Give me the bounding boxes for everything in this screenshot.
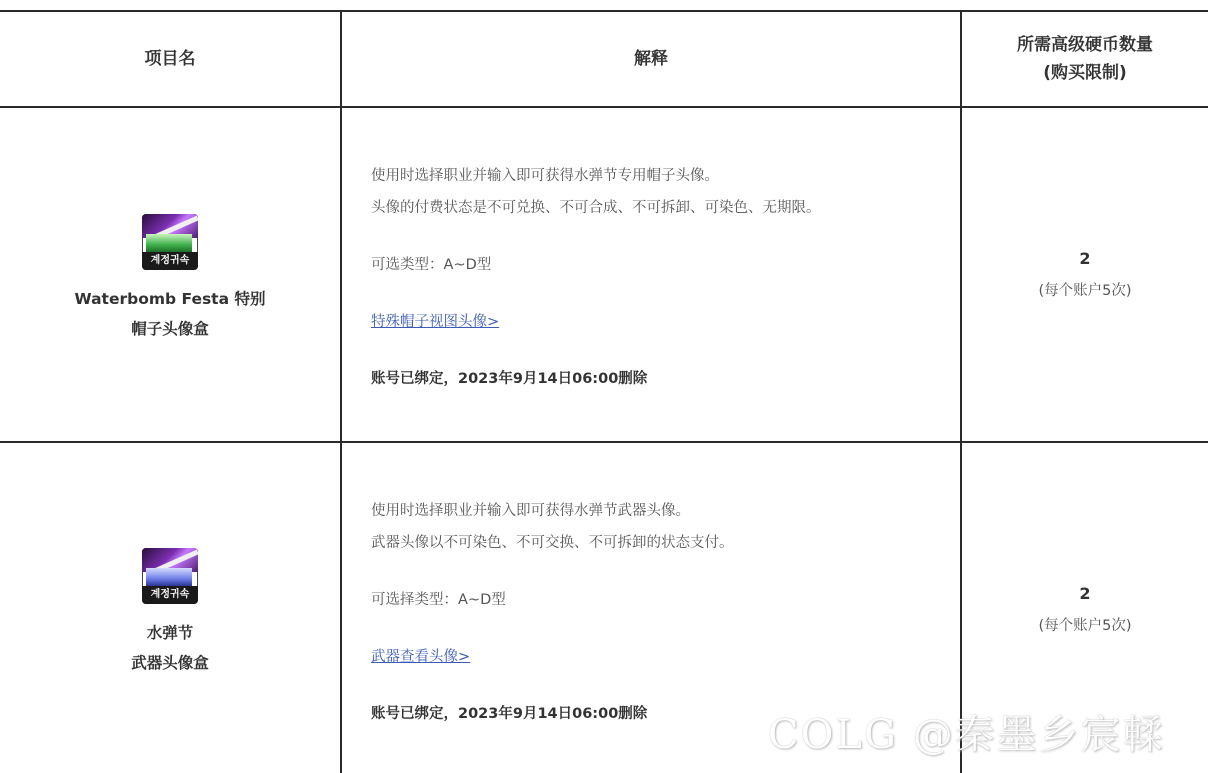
table-row-2-name-cell: 계정귀속 水弹节 武器头像盒 — [0, 443, 340, 773]
expiry-notice: 账号已绑定，2023年9月14日06:00删除 — [371, 363, 647, 395]
header-cost: 所需高级硬币数量 (购买限制) — [962, 12, 1208, 106]
header-item-name: 项目名 — [0, 12, 340, 106]
selectable-types: 可选择类型：A~D型 — [371, 584, 506, 616]
column-divider-2 — [960, 10, 962, 773]
purchase-limit: (每个账户5次) — [1038, 610, 1131, 642]
weapon-avatar-box-icon: 계정귀속 — [142, 548, 198, 604]
header-description-label: 解释 — [634, 45, 668, 73]
table-row-1-cost-cell: 2 (每个账户5次) — [962, 243, 1208, 307]
header-description: 解释 — [342, 12, 960, 106]
table-row-1-name-cell: 계정귀속 Waterbomb Festa 特别 帽子头像盒 — [0, 108, 340, 441]
header-item-name-label: 项目名 — [145, 45, 196, 73]
weapon-preview-link[interactable]: 武器查看头像> — [371, 641, 470, 673]
item-name-line2: 帽子头像盒 — [131, 314, 209, 344]
description-line2: 头像的付费状态是不可兑换、不可合成、不可拆卸、可染色、无期限。 — [371, 192, 821, 224]
description-line2: 武器头像以不可染色、不可交换、不可拆卸的状态支付。 — [371, 527, 734, 559]
item-name-line1: Waterbomb Festa 特别 — [75, 284, 266, 314]
header-cost-sublabel: (购买限制) — [1043, 59, 1127, 87]
table-row-1-description-cell: 使用时选择职业并输入即可获得水弹节专用帽子头像。 头像的付费状态是不可兑换、不可… — [371, 160, 951, 400]
watermark: COLG @秦墨乡宸輮 — [768, 703, 1165, 760]
purchase-limit: (每个账户5次) — [1038, 275, 1131, 307]
table-row-2-description-cell: 使用时选择职业并输入即可获得水弹节武器头像。 武器头像以不可染色、不可交换、不可… — [371, 495, 951, 735]
coin-cost: 2 — [1079, 578, 1090, 610]
hat-avatar-box-icon: 계정귀속 — [142, 214, 198, 270]
description-line1: 使用时选择职业并输入即可获得水弹节专用帽子头像。 — [371, 160, 719, 192]
header-cost-label: 所需高级硬币数量 — [1017, 31, 1153, 59]
table-row-2-cost-cell: 2 (每个账户5次) — [962, 578, 1208, 642]
item-name-line2: 武器头像盒 — [131, 648, 209, 678]
selectable-types: 可选类型：A~D型 — [371, 249, 491, 281]
expiry-notice: 账号已绑定，2023年9月14日06:00删除 — [371, 698, 647, 730]
item-name-line1: 水弹节 — [147, 618, 194, 648]
description-line1: 使用时选择职业并输入即可获得水弹节武器头像。 — [371, 495, 690, 527]
hat-preview-link[interactable]: 特殊帽子视图头像> — [371, 306, 499, 338]
coin-cost: 2 — [1079, 243, 1090, 275]
column-divider-1 — [340, 10, 342, 773]
